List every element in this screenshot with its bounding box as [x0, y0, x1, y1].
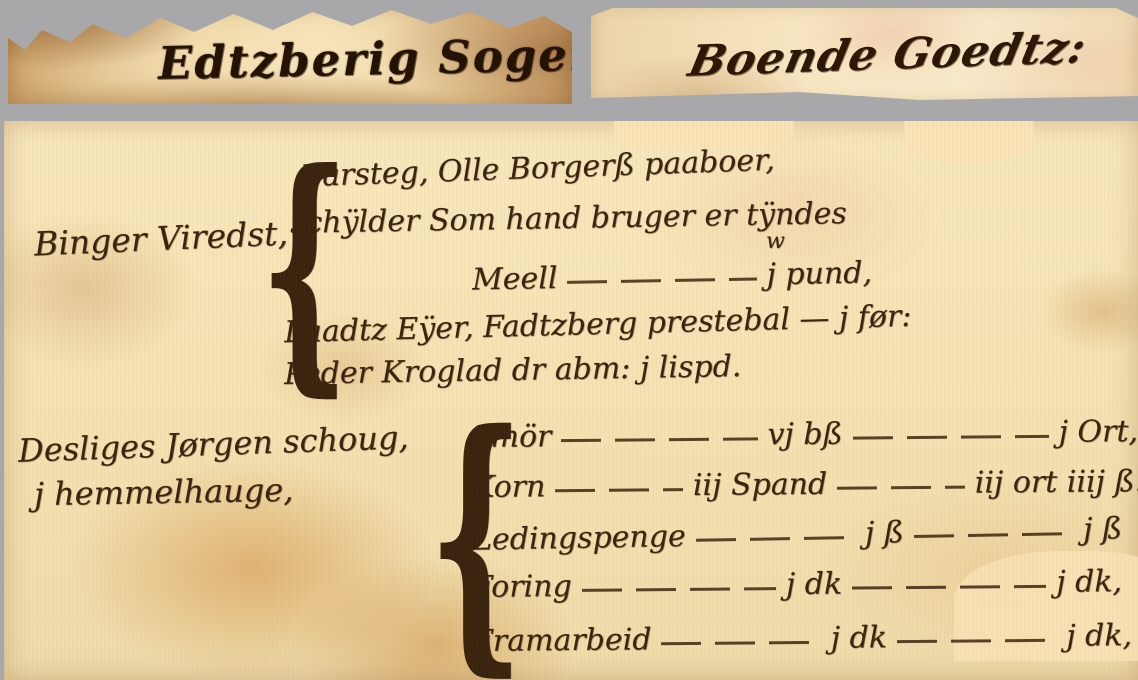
dash-filler	[837, 486, 965, 490]
entry1-line4: Laadtz Eÿer, Fadtzberg prestebal — j før…	[284, 299, 912, 350]
item-qty: iij Spand	[693, 467, 828, 503]
entry2-margin-label-line1: Desliges Jørgen schoug,	[17, 418, 409, 470]
item-qty: vj bß	[767, 417, 842, 453]
item-label: Framarbeid	[472, 622, 652, 659]
dash-filler	[852, 585, 1046, 590]
item-label: Foring	[472, 569, 572, 605]
dash-filler	[897, 639, 1056, 643]
ledger-row: Foring j dk j dk,	[472, 564, 1122, 605]
item-qty: j dk	[831, 620, 888, 655]
dash-filler	[662, 641, 821, 645]
item-value: j Ort,	[1058, 414, 1138, 450]
header-fragment-right: Boende Goedtz:	[591, 4, 1138, 104]
entry1-line2: schÿlder Som hand bruger er tÿndes	[290, 196, 847, 241]
manuscript-page: Binger Viredst, { Barsteg, Olle Borgerß …	[4, 121, 1138, 680]
scanned-manuscript: { "headers": { "left_title": "Edtzberig …	[0, 0, 1138, 680]
item-qty: j dk	[786, 567, 843, 602]
item-label: Korn	[472, 469, 546, 505]
dash-filler	[914, 532, 1073, 538]
entry1-line1: Barsteg, Olle Borgerß paaboer,	[300, 143, 776, 195]
item-value: iij ort iiij ß.	[975, 464, 1138, 500]
parish-title: Edtzberig Sogen,	[157, 27, 621, 90]
item-value: j dk,	[1056, 564, 1122, 600]
dash-filler	[567, 278, 756, 284]
ledger-row: Framarbeid j dk j dk,	[472, 618, 1132, 659]
dash-filler	[853, 435, 1049, 440]
ledger-row: Smör vj bß j Ort,	[470, 414, 1138, 455]
dash-filler	[696, 536, 855, 542]
dash-filler	[555, 488, 683, 492]
entry1-superscript-mark: w	[766, 229, 785, 254]
ledger-row: Ledingspenge j ß j ß	[472, 511, 1123, 557]
item-value: j dk,	[1066, 618, 1132, 654]
ledger-row: Korn iij Spand iij ort iiij ß.	[472, 464, 1138, 505]
meell-value: j pund,	[766, 256, 872, 293]
entry1-meell-row: Meell j pund,	[472, 256, 873, 298]
header-fragment-left: Edtzberig Sogen,	[8, 4, 572, 104]
meell-label: Meell	[472, 261, 558, 297]
dash-filler	[561, 437, 757, 442]
dash-filler	[582, 587, 776, 592]
item-qty: j ß	[865, 515, 904, 551]
section-title: Boende Goedtz:	[684, 23, 1091, 87]
item-label: Ledingspenge	[472, 519, 686, 558]
entry2-margin-label-line2: j hemmelhauge,	[34, 471, 294, 514]
item-value: j ß	[1083, 511, 1122, 547]
paper-tear-patch	[904, 121, 1034, 161]
item-label: Smör	[470, 419, 552, 455]
entry1-margin-label: Binger Viredst,	[33, 213, 288, 263]
